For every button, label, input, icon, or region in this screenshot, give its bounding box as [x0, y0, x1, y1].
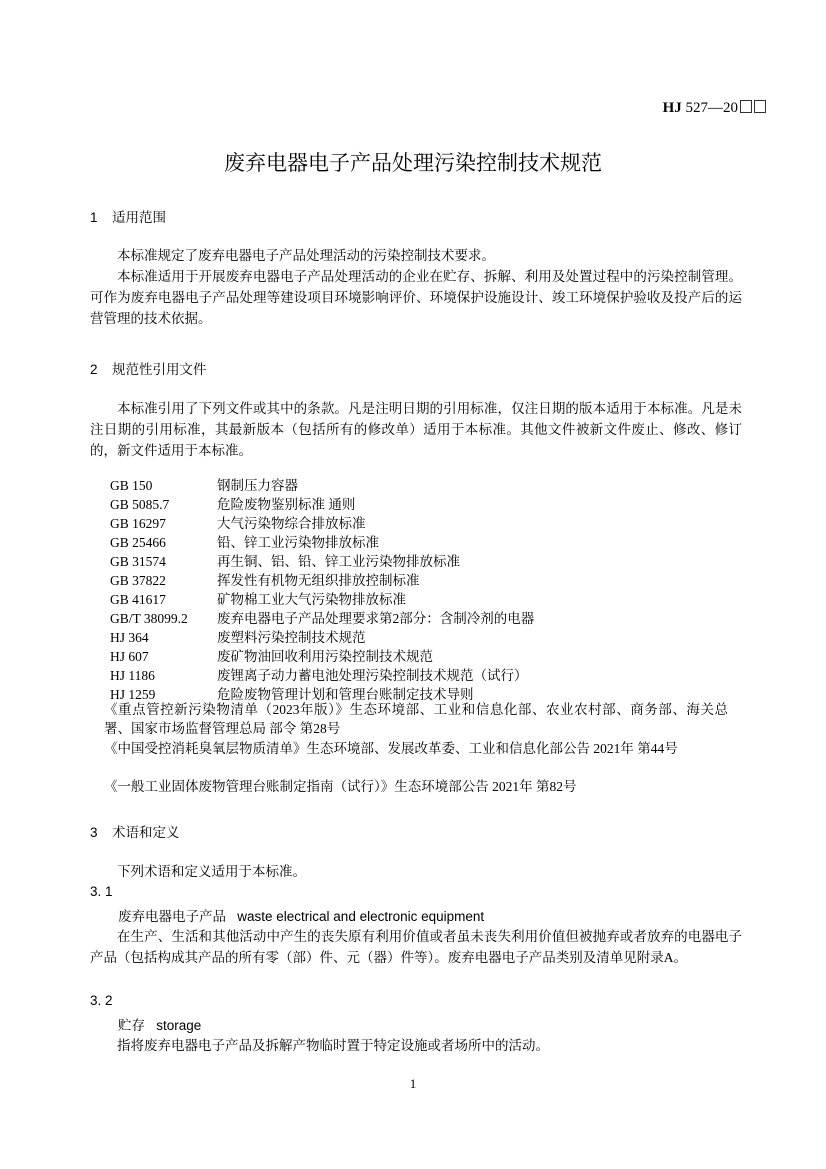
term-number: 3. 2 [90, 993, 113, 1008]
reference-code: GB 5085.7 [110, 497, 217, 513]
paragraph: 下列术语和定义适用于本标准。 [90, 861, 742, 882]
page-number: 1 [0, 1076, 826, 1092]
reference-name: 废锂离子动力蓄电池处理污染控制技术规范（试行） [217, 668, 528, 683]
section-number: 2 [90, 362, 112, 377]
standard-code: HJ 527—20 [663, 100, 766, 117]
paragraph: 本标准适用于开展废弃电器电子产品处理活动的企业在贮存、拆解、利用及处置过程中的污… [90, 266, 742, 329]
term-chinese: 废弃电器电子产品 [118, 909, 226, 924]
section-heading-3: 3术语和定义 [90, 821, 180, 841]
other-reference: 《一般工业固体废物管理台账制定指南（试行）》生态环境部公告 2021年 第82号 [104, 777, 728, 796]
reference-code: HJ 607 [110, 649, 217, 665]
term-english: waste electrical and electronic equipmen… [237, 909, 484, 924]
reference-item: HJ 1186废锂离子动力蓄电池处理污染控制技术规范（试行） [110, 664, 528, 684]
reference-name: 矿物棉工业大气污染物排放标准 [217, 592, 406, 607]
reference-item: HJ 364废塑料污染控制技术规范 [110, 626, 366, 646]
reference-code: GB/T 38099.2 [110, 611, 217, 627]
paragraph: 本标准规定了废弃电器电子产品处理活动的污染控制技术要求。 [90, 245, 742, 266]
paragraph: 本标准引用了下列文件或其中的条款。凡是注明日期的引用标准，仅注日期的版本适用于本… [90, 398, 742, 461]
section-number: 1 [90, 210, 112, 225]
reference-code: GB 150 [110, 478, 217, 494]
reference-code: GB 37822 [110, 573, 217, 589]
section-title: 术语和定义 [112, 825, 180, 840]
reference-item: GB 150钢制压力容器 [110, 474, 298, 494]
section-title: 规范性引用文件 [112, 362, 207, 377]
term-chinese: 贮存 [118, 1018, 145, 1033]
reference-code: GB 16297 [110, 516, 217, 532]
reference-item: HJ 607废矿物油回收利用污染控制技术规范 [110, 645, 433, 665]
other-reference: 《中国受控消耗臭氧层物质清单》生态环境部、发展改革委、工业和信息化部公告 202… [104, 739, 728, 758]
reference-code: GB 31574 [110, 554, 217, 570]
reference-item: GB 37822挥发性有机物无组织排放控制标准 [110, 569, 420, 589]
reference-item: GB 25466铅、锌工业污染物排放标准 [110, 531, 379, 551]
reference-item: GB 31574再生铜、铝、铅、锌工业污染物排放标准 [110, 550, 460, 570]
reference-item: GB 5085.7危险废物鉴别标准 通则 [110, 493, 355, 513]
other-reference: 《重点管控新污染物清单（2023年版）》生态环境部、工业和信息化部、农业农村部、… [104, 700, 728, 738]
reference-name: 大气污染物综合排放标准 [217, 516, 366, 531]
section-title: 适用范围 [112, 210, 166, 225]
reference-code: GB 41617 [110, 592, 217, 608]
reference-name: 废矿物油回收利用污染控制技术规范 [217, 649, 433, 664]
reference-item: GB/T 38099.2废弃电器电子产品处理要求第2部分：含制冷剂的电器 [110, 607, 534, 627]
reference-name: 废弃电器电子产品处理要求第2部分：含制冷剂的电器 [217, 611, 534, 626]
standard-code-prefix: HJ [663, 100, 682, 116]
term-english: storage [156, 1018, 201, 1033]
reference-name: 铅、锌工业污染物排放标准 [217, 535, 379, 550]
term-number: 3. 1 [90, 884, 113, 899]
document-title: 废弃电器电子产品处理污染控制技术规范 [0, 147, 826, 177]
reference-code: HJ 1186 [110, 668, 217, 684]
reference-item: GB 41617矿物棉工业大气污染物排放标准 [110, 588, 406, 608]
reference-code: GB 25466 [110, 535, 217, 551]
reference-name: 危险废物鉴别标准 通则 [217, 497, 355, 512]
reference-item: GB 16297大气污染物综合排放标准 [110, 512, 366, 532]
standard-code-number: 527—20 [686, 100, 739, 116]
reference-code: HJ 364 [110, 630, 217, 646]
section-heading-2: 2规范性引用文件 [90, 358, 207, 378]
term-definition: 指将废弃电器电子产品及拆解产物临时置于特定设施或者场所中的活动。 [90, 1035, 742, 1056]
placeholder-box-icon [754, 100, 766, 113]
term-definition: 在生产、生活和其他活动中产生的丧失原有利用价值或者虽未丧失利用价值但被抛弃或者放… [90, 926, 742, 968]
term-title: 贮存 storage [118, 1014, 201, 1034]
reference-name: 挥发性有机物无组织排放控制标准 [217, 573, 420, 588]
placeholder-box-icon [740, 100, 752, 113]
section-number: 3 [90, 825, 112, 840]
reference-name: 钢制压力容器 [217, 478, 298, 493]
reference-name: 废塑料污染控制技术规范 [217, 630, 366, 645]
reference-name: 再生铜、铝、铅、锌工业污染物排放标准 [217, 554, 460, 569]
term-title: 废弃电器电子产品 waste electrical and electronic… [118, 905, 484, 925]
section-heading-1: 1适用范围 [90, 206, 166, 226]
